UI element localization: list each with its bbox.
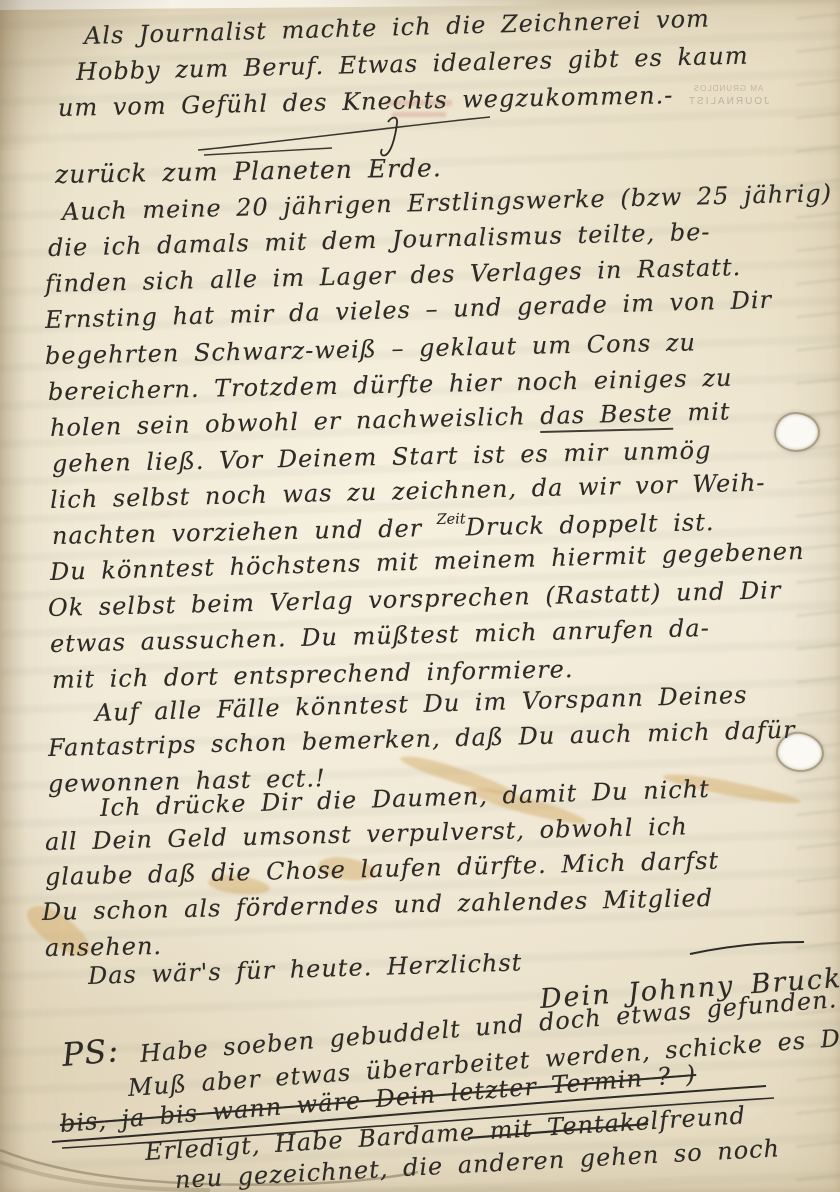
handwritten-line-17: etwas aussuchen. Du müßtest mich anrufen…: [50, 614, 710, 658]
line-segment: holen sein obwohl er nachweislich: [50, 402, 541, 442]
left-edge-shadow: [0, 0, 26, 1192]
bleed-word-1: AM GRUNDLOS: [668, 84, 788, 93]
line-segment: zurück zum Planeten Erde.: [55, 153, 442, 189]
paper-top-edge: [0, 0, 560, 10]
line-segment: PS:: [60, 1031, 120, 1074]
line-segment: ansehen.: [45, 932, 163, 962]
line-segment: mit: [672, 397, 730, 426]
punch-hole-top: [776, 414, 818, 450]
line-segment: etwas aussuchen. Du müßtest mich anrufen…: [50, 614, 710, 658]
line-segment: nachten vorziehen und der: [52, 514, 437, 550]
letter-page: AM GRUNDLOS JOURNALIST Als Journalist ma…: [0, 0, 840, 1192]
handwritten-line-3: um vom Gefühl des Knechts wegzukommen.-: [58, 81, 674, 122]
handwritten-line-25: Du schon als förderndes und zahlendes Mi…: [42, 884, 714, 926]
line-segment: Druck doppelt ist.: [465, 508, 714, 541]
handwritten-line-29: PS:: [60, 1031, 120, 1074]
handwritten-line-11: holen sein obwohl er nachweislich das Be…: [50, 397, 731, 442]
handwritten-line-1: Als Journalist machte ich die Zeichnerei…: [84, 5, 711, 50]
line-segment: das Beste: [540, 399, 673, 433]
line-segment: begehrten Schwarz-weiß – geklaut um Cons…: [45, 328, 697, 370]
bleed-word-2: JOURNALIST: [668, 96, 788, 107]
line-segment: Du schon als förderndes und zahlendes Mi…: [42, 884, 714, 926]
handwritten-line-9: begehrten Schwarz-weiß – geklaut um Cons…: [45, 328, 697, 370]
line-segment: um vom Gefühl des Knechts wegzukommen.-: [58, 81, 674, 122]
handwritten-line-26: ansehen.: [45, 932, 163, 962]
letterhead-bleedthrough: AM GRUNDLOS JOURNALIST: [668, 84, 788, 107]
line-segment: Hobby zum Beruf. Etwas idealeres gibt es…: [76, 42, 749, 86]
signature-flourish: [688, 938, 808, 958]
handwritten-line-4: zurück zum Planeten Erde.: [55, 153, 442, 189]
line-segment: Als Journalist machte ich die Zeichnerei…: [84, 5, 711, 50]
line-segment: Zeit: [436, 511, 465, 528]
handwritten-line-2: Hobby zum Beruf. Etwas idealeres gibt es…: [76, 42, 749, 86]
